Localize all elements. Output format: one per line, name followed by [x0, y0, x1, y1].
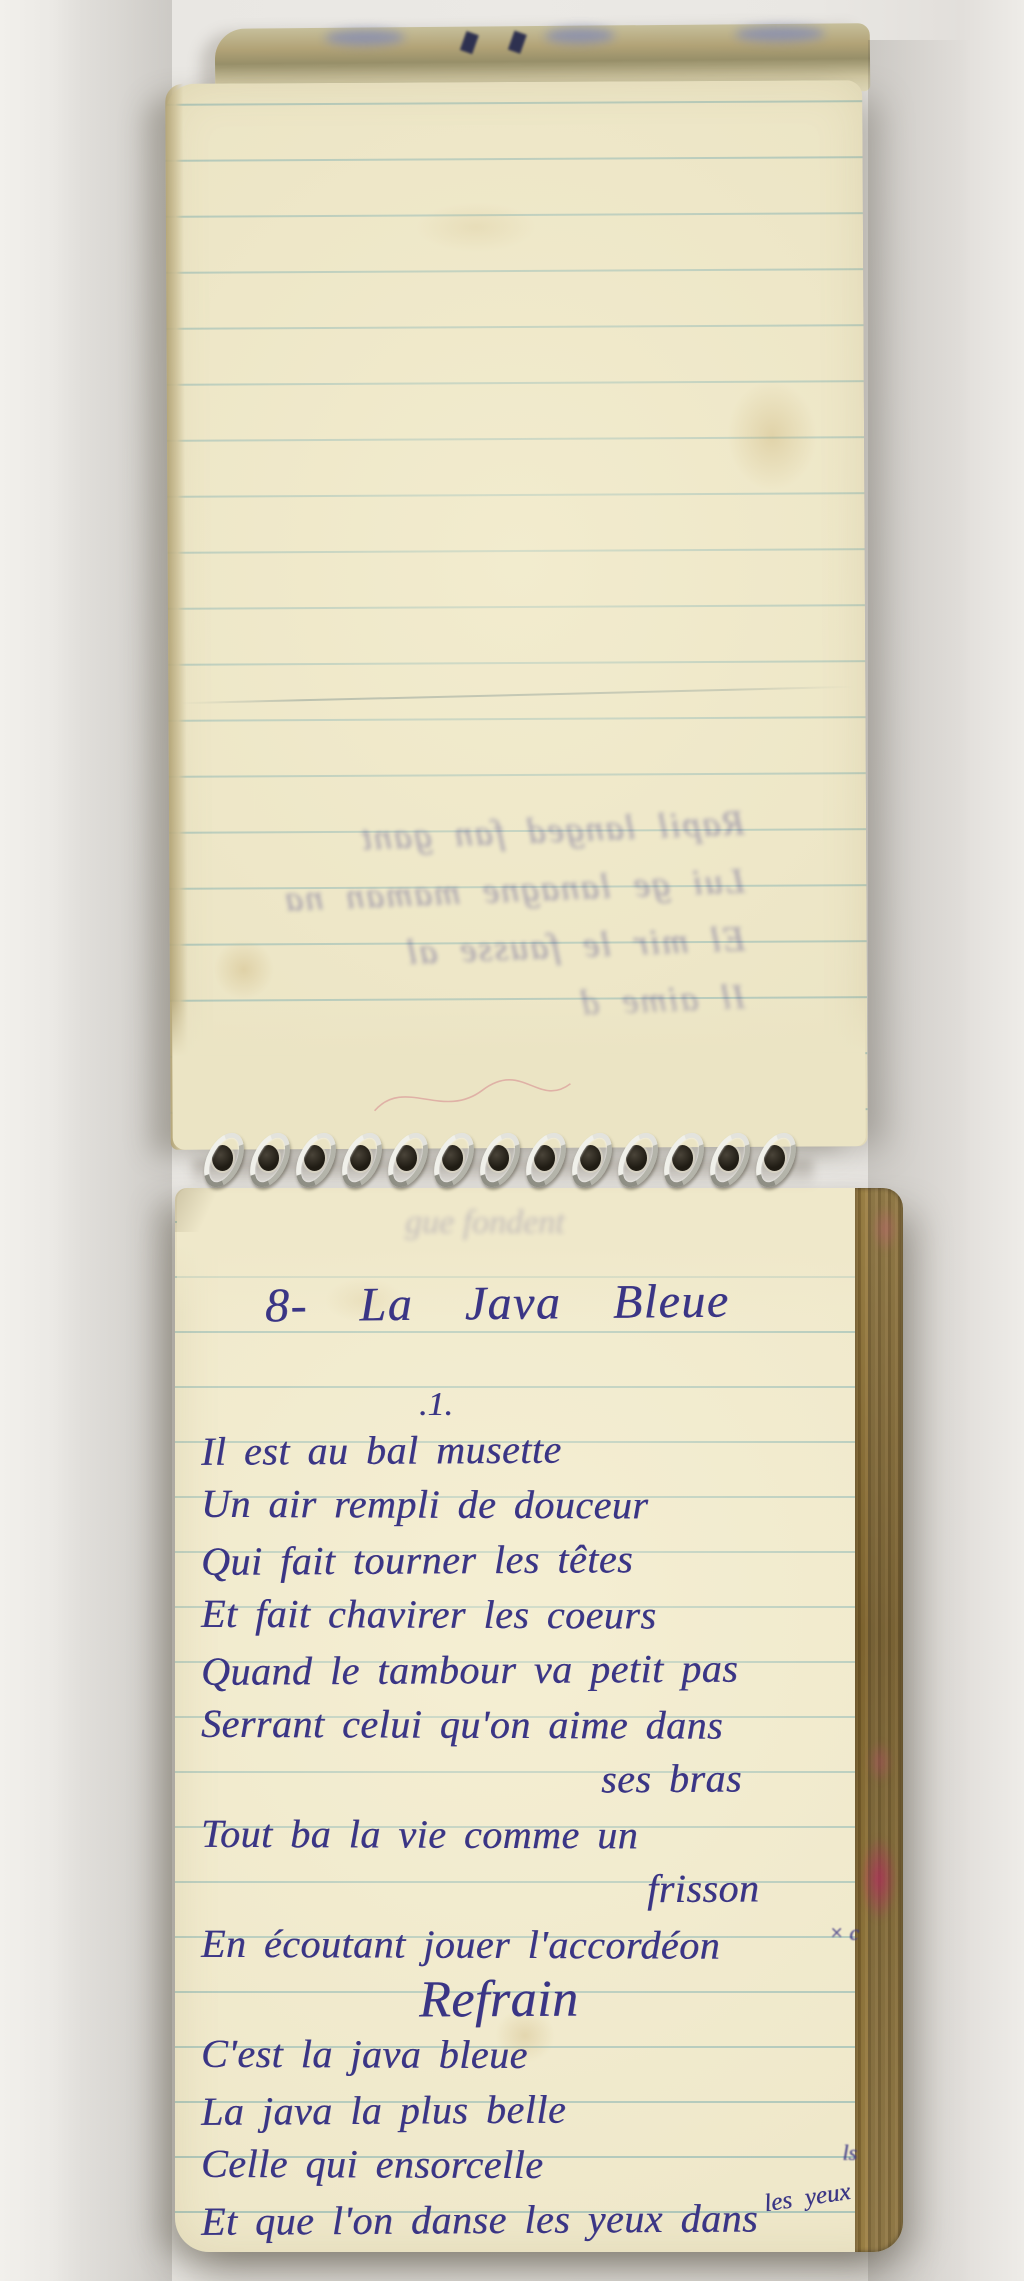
lower-page: gue fondent 8- La Java Bleue .1. Il est … [175, 1188, 903, 2252]
spiral-loop [711, 1128, 745, 1188]
lyric-line: Celle qui ensorcelle [201, 2136, 821, 2193]
spiral-loop [481, 1128, 515, 1188]
blue-ink-smudge [545, 27, 615, 44]
left-deckle-edge [165, 84, 189, 1150]
spiral-loop [665, 1128, 699, 1188]
photo-background: Rapil langed fan gant Lui ge lanagne mam… [0, 0, 1024, 2281]
spiral-loop [573, 1128, 607, 1188]
upper-page: Rapil langed fan gant Lui ge lanagne mam… [165, 80, 868, 1150]
lyric-line: Et fait chavirer les coeurs [201, 1586, 821, 1643]
lyric-line: En écoutant jouer l'accordéon [201, 1916, 821, 1973]
lyric-line: ses bras [201, 1750, 821, 1809]
red-edge-stain [867, 1740, 893, 1784]
blue-ink-smudge [735, 26, 825, 43]
lyrics-block: Il est au bal musette Un air rempli de d… [201, 1422, 821, 2247]
lyric-line: Qui fait tourner les têtes [201, 1530, 821, 1589]
dark-ink-mark [508, 31, 527, 54]
spiral-loop [389, 1128, 423, 1188]
lyric-line: Et que l'on danse les yeux dansles yeux [201, 2190, 821, 2249]
refrain-label: Refrain [201, 1970, 821, 2029]
spiral-loop [619, 1128, 653, 1188]
red-edge-stain [861, 1836, 897, 1922]
spiral-loop [527, 1128, 561, 1188]
edge-ink-mark: ls [842, 2140, 857, 2166]
stain [727, 380, 818, 490]
lyric-line: Tout ba la vie comme un [201, 1806, 821, 1863]
stain [416, 202, 536, 253]
lyric-line: C'est la java bleue [201, 2026, 821, 2083]
spiral-loop [757, 1128, 791, 1188]
spiral-loop [343, 1128, 377, 1188]
spiral-loop [297, 1128, 331, 1188]
lyric-line: frisson [201, 1860, 821, 1919]
lyric-line: La java la plus belle [201, 2080, 821, 2139]
right-page-edge-stack [855, 1188, 903, 2252]
verse-marker: .1. [419, 1386, 453, 1424]
lyrics-sheet: 8- La Java Bleue .1. Il est au bal muset… [201, 1188, 851, 2252]
dark-ink-mark [460, 31, 479, 54]
spiral-loop [251, 1128, 285, 1188]
lyric-line: Serrant celui qu'on aime dans [201, 1696, 821, 1753]
lyric-line: Il est au bal musette [201, 1420, 821, 1479]
lyric-line: Quand le tambour va petit pas [201, 1640, 821, 1699]
red-edge-stain [871, 1204, 899, 1254]
spiral-loop [205, 1128, 239, 1188]
spiral-binding [205, 1124, 805, 1192]
blue-ink-smudge [325, 29, 405, 46]
edge-ink-mark: × c [829, 1920, 859, 1946]
lyric-line-text: Et que l'on danse les yeux dans [201, 2195, 758, 2243]
spiral-loop [435, 1128, 469, 1188]
lyric-line: Un air rempli de douceur [201, 1476, 821, 1533]
crease-line [180, 686, 853, 704]
song-title: 8- La Java Bleue [265, 1274, 730, 1334]
